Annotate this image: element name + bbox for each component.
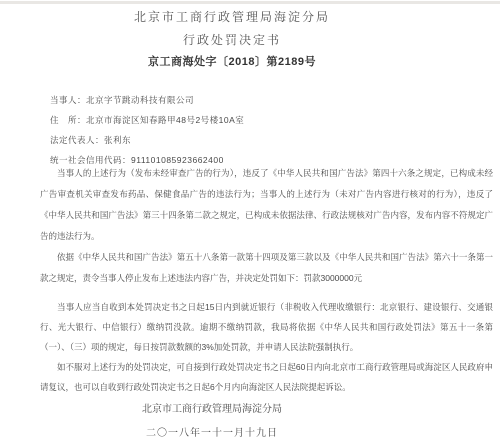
paragraph-violation-findings: 当事人的上述行为（发布未经审查广告的行为），违反了《中华人民共和国广告法》第四十… [40, 163, 493, 247]
top-border-line [0, 1, 500, 4]
signature-block: 北京市工商行政管理局海淀分局 二〇一八年一十一月十九日 [0, 400, 424, 439]
signature-date: 二〇一八年一十一月十九日 [0, 424, 424, 439]
party-address-line: 住 所：北京市海淀区知春路甲48号2号楼10A室 [50, 110, 500, 130]
paragraph-payment-instructions: 当事人应当自收到本处罚决定书之日起15日内到就近银行（非税收入代理收缴银行：北京… [40, 297, 493, 357]
party-info-block: 当事人：北京字节跳动科技有限公司 住 所：北京市海淀区知春路甲48号2号楼10A… [0, 90, 500, 170]
signature-authority: 北京市工商行政管理局海淀分局 [0, 400, 424, 415]
penalty-decision-document: 北京市工商行政管理局海淀分局 行政处罚决定书 京工商海处字〔2018〕第2189… [0, 0, 500, 446]
party-legal-representative-line: 法定代表人：张利东 [50, 130, 500, 150]
paragraph-penalty-decision: 依据《中华人民共和国广告法》第五十八条第一款第十四项及第三款以及《中华人民共和国… [40, 247, 493, 289]
paragraph-appeal-rights: 如不服对上述行为的处罚决定，可自接到行政处罚决定书之日起60日内向北京市工商行政… [40, 357, 493, 397]
document-header: 北京市工商行政管理局海淀分局 行政处罚决定书 京工商海处字〔2018〕第2189… [0, 10, 464, 69]
document-body: 当事人的上述行为（发布未经审查广告的行为），违反了《中华人民共和国广告法》第四十… [40, 163, 493, 397]
document-number: 京工商海处字〔2018〕第2189号 [0, 55, 464, 69]
document-title: 行政处罚决定书 [0, 33, 464, 48]
party-name-line: 当事人：北京字节跳动科技有限公司 [50, 90, 500, 110]
issuing-authority-title: 北京市工商行政管理局海淀分局 [0, 10, 464, 25]
